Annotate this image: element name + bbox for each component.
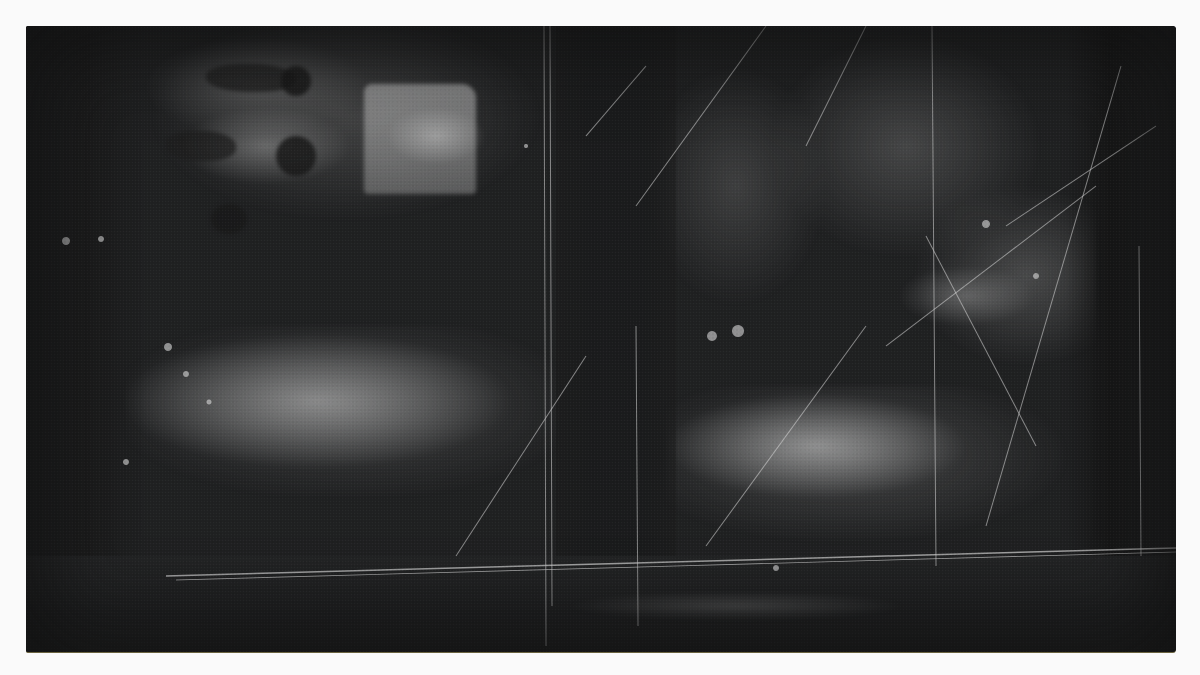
photograph — [26, 26, 1176, 652]
vignette — [26, 26, 1176, 652]
